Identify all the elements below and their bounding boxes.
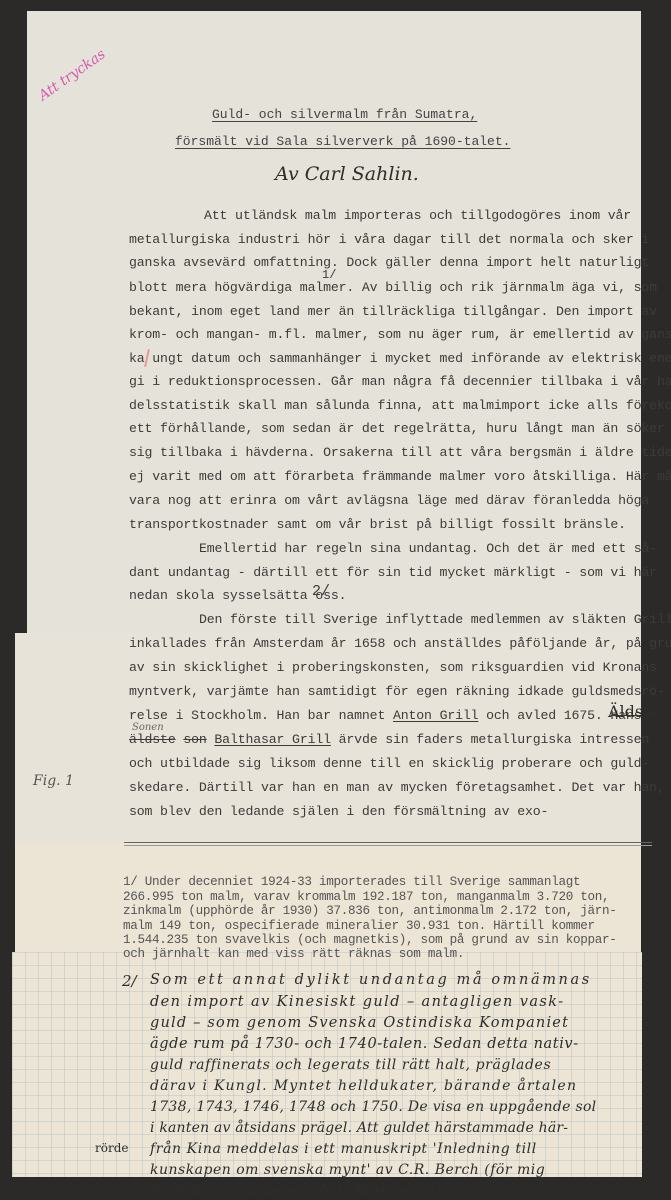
handwritten-line: den import av Kinesiskt guld – antaglige… [150,994,565,1010]
author-byline: Av Carl Sahlin. [275,163,419,185]
handwritten-line: påvisat av amanuensen N.L. Rasmusson). [150,1183,445,1199]
body-line: transportkostnader samt om vår brist på … [129,518,626,531]
body-line: vara nog att erinra om vårt avlägsna läg… [129,494,649,507]
footnote-line: zinkmalm (upphörde år 1930) 37.836 ton, … [123,905,617,918]
handwritten-line: därav i Kungl. Myntet helldukater, bäran… [150,1078,577,1094]
body-line: relse i Stockholm. Han bar namnet Anton … [129,709,641,722]
footnote-line: 1/ Under decenniet 1924-33 importerades … [123,876,580,889]
footnote-line: 266.995 ton malm, varav krommalm 192.187… [123,891,609,904]
body-line: äldste son Balthasar Grill ärvde sin fad… [129,733,649,746]
line-tail: och avled 1675. [478,708,610,723]
body-line: och utbildade sig liksom denne till en s… [129,757,649,770]
body-line: som blev den ledande själen i den försmä… [129,805,548,818]
handwritten-line: ägde rum på 1730- och 1740-talen. Sedan … [150,1036,579,1052]
struck-word-aldste: äldste [129,732,176,747]
body-line: inkallades från Amsterdam år 1658 och an… [129,637,671,650]
handwritten-line: guld – som genom Svenska Ostindiska Komp… [150,1015,569,1031]
handwritten-line: från Kina meddelas i ett manuskript 'Inl… [150,1141,537,1157]
body-line: Emellertid har regeln sina undantag. Och… [199,542,657,555]
body-line: ett förhållande, som sedan är det regelr… [129,422,665,435]
body-line: dant undantag - därtill ett för sin tid … [129,566,657,579]
body-line: delsstatistik skall man sålunda finna, a… [129,399,671,412]
footnote-separator [124,842,652,843]
body-line: bekant, inom eget land mer än tillräckli… [129,305,657,318]
struck-word-son: son [183,732,206,747]
body-line: Den förste till Sverige inflyttade medle… [199,613,671,626]
footnote-2-marker: 2/ [122,972,137,990]
handwritten-line: guld raffinerats och legerats till rätt … [150,1057,551,1073]
name-balthasar-grill: Balthasar Grill [214,732,330,747]
body-line: skedare. Därtill var han en man av mycke… [129,781,665,794]
footnote-line: och järnhalt kan med viss rätt räknas so… [123,948,464,961]
line-tail: ärvde sin faders metallurgiska intressen [331,732,649,747]
body-line: krom- och mangan- m.fl. malmer, som nu ä… [129,328,671,341]
title-line-2: försmält vid Sala silververk på 1690-tal… [175,134,510,149]
body-line: ej varit med om att förarbeta främmande … [129,470,671,483]
body-line: av sin skicklighet i proberingskonsten, … [129,661,657,674]
body-line: ganska avsevärd omfattning. Dock gäller … [129,256,649,269]
margin-note-fig: Fig. 1 [33,773,74,789]
handwritten-line: kunskapen om svenska mynt' av C.R. Berch… [150,1162,545,1178]
body-line: myntverk, varjämte han samtidigt för ege… [129,685,665,698]
body-line: metallurgiska industri hör i våra dagar … [129,233,649,246]
handwritten-line: i kanten av åtsidans prägel. Att guldet … [150,1120,568,1136]
handwritten-line: Som ett annat dylikt undantag må omnämna… [150,972,592,988]
body-line: gi i reduktionsprocessen. Går man några … [129,375,671,388]
footnote-line: 1.544.235 ton svavelkis (och magnetkis),… [123,934,617,947]
body-line: blott mera högvärdiga malmer. Av billig … [129,281,657,294]
handwritten-margin-word: rörde [95,1141,128,1155]
body-line: Att utländsk malm importeras och tillgod… [204,209,631,222]
name-anton-grill: Anton Grill [393,708,478,723]
handwritten-correction-aldste: Äldste [608,702,659,721]
footnote-separator-2 [124,845,652,846]
footnote-ref-2[interactable]: 2/ [312,583,330,600]
handwritten-line: 1738, 1743, 1746, 1748 och 1750. De visa… [150,1099,596,1115]
line-head: relse i Stockholm. Han bar namnet [129,708,393,723]
body-line: sig tillbaka i hävderna. Orsakerna till … [129,446,671,459]
title-line-1: Guld- och silvermalm från Sumatra, [212,107,477,122]
body-line: ka ungt datum och sammanhänger i mycket … [129,352,671,365]
footnote-line: malm 149 ton, ospecifierade mineralier 3… [123,920,595,933]
